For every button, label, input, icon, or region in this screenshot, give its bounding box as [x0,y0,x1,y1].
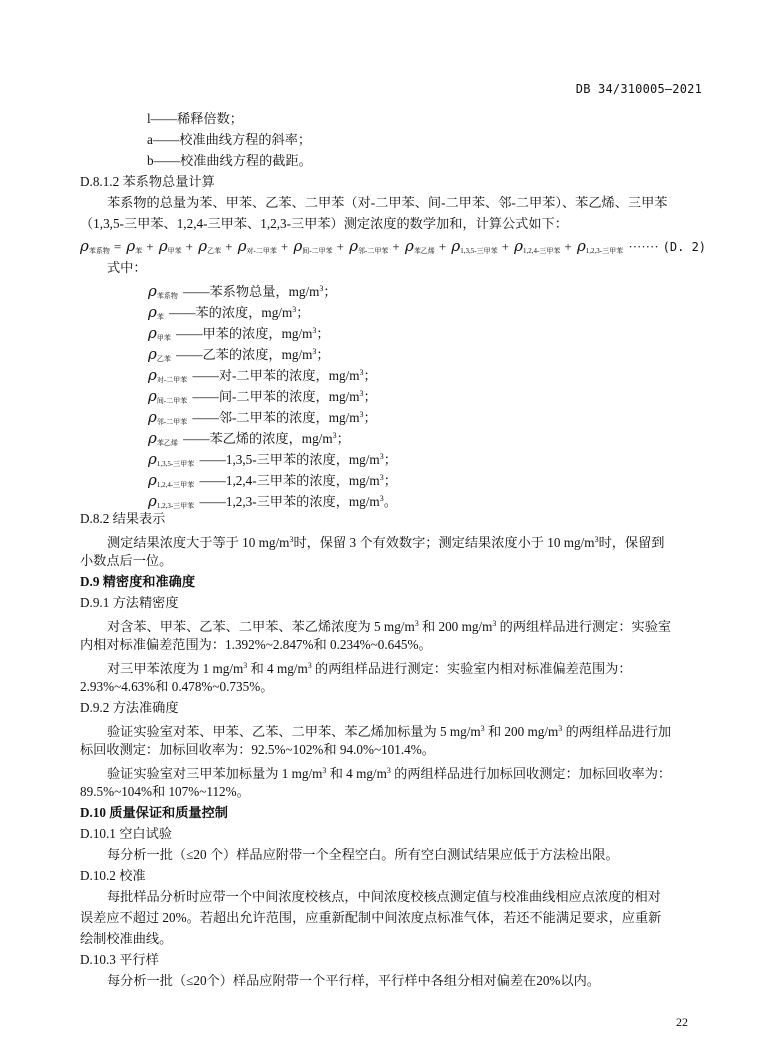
paragraph-d101: 每分析一批（≤20 个）样品应附带一个全程空白。所有空白测试结果应低于方法检出限… [107,845,619,865]
paragraph-d91-p2-line2: 2.93%~4.63%和 0.478%~0.735%。 [80,677,273,697]
paragraph-d92-p1-line2: 标回收测定：加标回收率为：92.5%~102%和 94.0%~101.4%。 [80,740,435,760]
paragraph-d82-line1: 测定结果浓度大于等于 10 mg/m3时，保留 3 个有效数字；测定结果浓度小于… [107,530,665,553]
paragraph-d92-p2-line1: 验证实验室对三甲苯加标量为 1 mg/m3 和 4 mg/m3 的两组样品进行加… [107,761,671,784]
paragraph-d812-line2: （1,3,5-三甲苯、1,2,4-三甲苯、1,2,3-三甲苯）测定浓度的数学加和… [80,214,568,234]
paragraph-d91-p2-line1: 对三甲苯浓度为 1 mg/m3 和 4 mg/m3 的两组样品进行测定：实验室内… [107,656,632,679]
legend-item-dilution: l——稀释倍数； [147,109,243,129]
section-heading-d10: D.10 质量保证和质量控制 [80,803,228,823]
legend-item-intercept: b——校准曲线方程的截距。 [147,151,312,171]
section-heading-d812: D.8.1.2 苯系物总量计算 [80,172,215,192]
section-heading-d9: D.9 精密度和准确度 [80,572,195,592]
paragraph-d103: 每分析一批（≤20个）样品应附带一个平行样，平行样中各组分相对偏差在20%以内。 [107,971,600,991]
paragraph-d812-line1: 苯系物的总量为苯、甲苯、乙苯、二甲苯（对-二甲苯、间-二甲苯、邻-二甲苯）、苯乙… [107,193,667,213]
formula-d2: ρ苯系物= ρ苯+ ρ甲苯+ ρ乙苯+ ρ对-二甲苯+ ρ间-二甲苯+ ρ邻-二… [80,236,706,261]
paragraph-d91-p1-line1: 对含苯、甲苯、乙苯、二甲苯、苯乙烯浓度为 5 mg/m3 和 200 mg/m3… [107,614,671,637]
definition-item: ρ1,2,3-三甲苯 ——1,2,3-三甲苯的浓度，mg/m3。 [148,489,397,516]
standard-code: DB 34/310005—2021 [576,82,702,96]
section-heading-d103: D.10.3 平行样 [80,950,159,970]
section-heading-d82: D.8.2 结果表示 [80,509,165,529]
paragraph-d82-line2: 小数点后一位。 [80,551,172,571]
equation-number: (D. 2) [663,240,706,254]
section-heading-d91: D.9.1 方法精密度 [80,593,179,613]
section-heading-d92: D.9.2 方法准确度 [80,698,179,718]
paragraph-d102-line3: 绘制校准曲线。 [80,929,172,949]
where-label: 式中： [107,258,147,278]
page-number: 22 [676,1015,688,1030]
paragraph-d92-p2-line2: 89.5%~104%和 107%~112%。 [80,782,250,802]
legend-item-slope: a——校准曲线方程的斜率； [147,130,311,150]
section-heading-d101: D.10.1 空白试验 [80,824,172,844]
paragraph-d91-p1-line2: 内相对标准偏差范围为：1.392%~2.847%和 0.234%~0.645%。 [80,635,432,655]
paragraph-d92-p1-line1: 验证实验室对苯、甲苯、乙苯、二甲苯、苯乙烯加标量为 5 mg/m3 和 200 … [107,719,671,742]
section-heading-d102: D.10.2 校准 [80,866,146,886]
document-page: DB 34/310005—2021 l——稀释倍数； a——校准曲线方程的斜率；… [0,0,768,1041]
paragraph-d102-line2: 误差应不超过 20%。若超出允许范围，应重新配制中间浓度点标准气体，若还不能满足… [80,908,661,928]
paragraph-d102-line1: 每批样品分析时应带一个中间浓度校核点，中间浓度校核点测定值与校准曲线相应点浓度的… [107,887,661,907]
